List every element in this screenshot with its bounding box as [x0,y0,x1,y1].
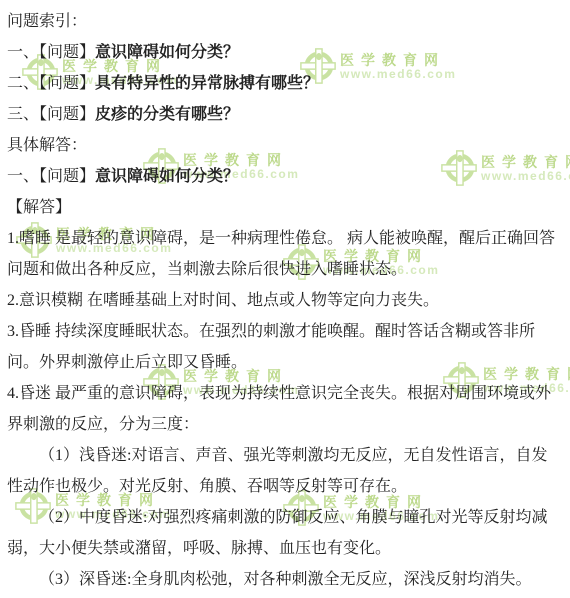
question-prefix: 二、【问题】 [7,75,95,92]
index-question-1: 一、【问题】意识障碍如何分类？ [7,37,563,68]
question-prefix: 一、【问题】 [7,168,95,185]
answer-paragraph: 1.嗜睡 是最轻的意识障碍，是一种病理性倦怠。 病人能被唤醒，醒后正确回答问题和… [7,223,563,285]
question-text: 皮疹的分类有哪些？ [95,106,239,123]
question-prefix: 一、【问题】 [7,44,95,61]
index-heading: 问题索引： [7,6,563,37]
answer-subparagraph: （3）深昏迷:全身肌肉松弛，对各种刺激全无反应，深浅反射均消失。 [7,564,563,595]
answer-subparagraph: （1）浅昏迷:对语言、声音、强光等刺激均无反应，无自发性语言，自发性动作也极少。… [7,440,563,502]
answer-subparagraph: （2）中度昏迷:对强烈疼痛刺激的防御反应、角膜与瞳孔对光等反射均减弱，大小便失禁… [7,502,563,564]
question-prefix: 三、【问题】 [7,106,95,123]
question-text: 具有特异性的异常脉搏有哪些？ [95,75,319,92]
answer-label: 【解答】 [7,192,563,223]
index-question-2: 二、【问题】具有特异性的异常脉搏有哪些？ [7,68,563,99]
answer-paragraph: 4.昏迷 最严重的意识障碍，表现为持续性意识完全丧失。根据对周围环境或外界刺激的… [7,378,563,440]
answer-paragraph: 3.昏睡 持续深度睡眠状态。在强烈的刺激才能唤醒。醒时答话含糊或答非所问。外界刺… [7,316,563,378]
answer-question-heading: 一、【问题】意识障碍如何分类？ [7,161,563,192]
question-text: 意识障碍如何分类？ [95,168,239,185]
answers-heading: 具体解答： [7,130,563,161]
question-text: 意识障碍如何分类？ [95,44,239,61]
index-question-3: 三、【问题】皮疹的分类有哪些？ [7,99,563,130]
answer-paragraph: 2.意识模糊 在嗜睡基础上对时间、地点或人物等定向力丧失。 [7,285,563,316]
document-content: 问题索引： 一、【问题】意识障碍如何分类？ 二、【问题】具有特异性的异常脉搏有哪… [0,0,570,595]
